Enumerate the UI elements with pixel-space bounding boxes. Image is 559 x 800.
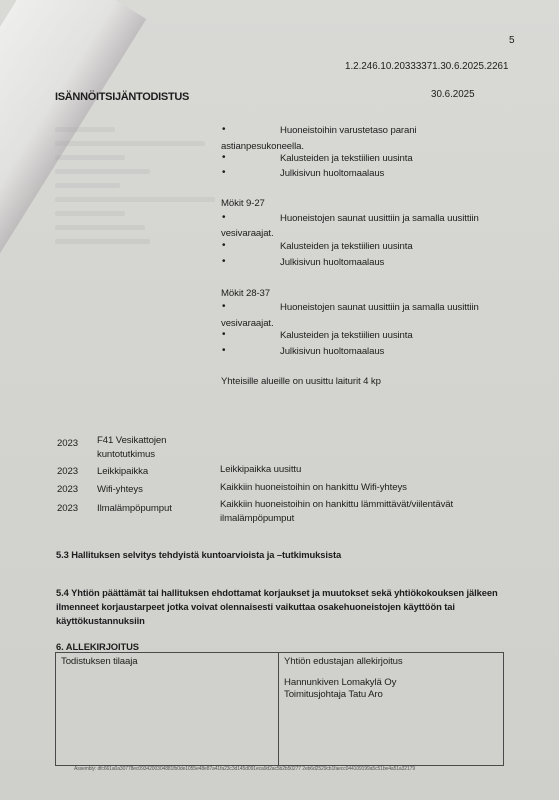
group-heading: Mökit 9-27 xyxy=(221,198,265,209)
orderer-label: Todistuksen tilaaja xyxy=(61,656,138,667)
common-areas-note: Yhteisille alueille on uusittu laiturit … xyxy=(221,376,381,387)
section-6-heading: 6. ALLEKIRJOITUS xyxy=(56,641,139,652)
row-item: Wifi-yhteys xyxy=(97,484,143,495)
bullet-icon: • xyxy=(222,256,226,267)
row-item: Leikkipaikka xyxy=(97,466,148,477)
page-number: 5 xyxy=(509,35,515,46)
bullet-continuation: vesivaraajat. xyxy=(221,228,274,239)
row-year: 2023 xyxy=(57,466,78,477)
bullet-text: Kalusteiden ja tekstiilien uusinta xyxy=(280,153,413,164)
bullet-text: Julkisivun huoltomaalaus xyxy=(280,346,384,357)
row-item: Ilmalämpöpumput xyxy=(97,503,172,514)
bleed-through-text xyxy=(55,118,215,238)
bullet-icon: • xyxy=(222,124,226,135)
row-description: Leikkipaikka uusittu xyxy=(220,464,301,475)
section-5-4-heading-line3: käyttökustannuksiin xyxy=(56,615,145,626)
paper-fold-shadow xyxy=(0,0,146,324)
bullet-icon: • xyxy=(222,152,226,163)
section-5-3-heading: 5.3 Hallituksen selvitys tehdyistä kunto… xyxy=(56,549,341,560)
document-hash: Assembly: dfc661a0a30778ec0934200304881f… xyxy=(74,766,415,772)
row-item: kuntotutkimus xyxy=(97,449,155,460)
company-name: Hannunkiven Lomakylä Oy xyxy=(284,677,396,688)
bullet-icon: • xyxy=(222,212,226,223)
representative-signature-label: Yhtiön edustajan allekirjoitus xyxy=(284,656,403,667)
row-description: Kaikkiin huoneistoihin on hankittu lämmi… xyxy=(220,499,453,510)
bullet-icon: • xyxy=(222,167,226,178)
bullet-icon: • xyxy=(222,345,226,356)
signer-name: Toimitusjohtaja Tatu Aro xyxy=(284,689,383,700)
bullet-text: Huoneistoihin varustetaso parani xyxy=(280,125,417,136)
document-id: 1.2.246.10.20333371.30.6.2025.2261 xyxy=(345,61,508,72)
section-5-4-heading-line2: ilmenneet korjaustarpeet jotka voivat ol… xyxy=(56,601,455,612)
bullet-text: Huoneistojen saunat uusittiin ja samalla… xyxy=(280,213,479,224)
row-item: F41 Vesikattojen xyxy=(97,435,166,446)
signature-divider xyxy=(278,653,279,765)
document-date: 30.6.2025 xyxy=(431,89,475,100)
group-heading: Mökit 28-37 xyxy=(221,288,270,299)
row-year: 2023 xyxy=(57,484,78,495)
row-description: Kaikkiin huoneistoihin on hankittu Wifi-… xyxy=(220,482,407,493)
bullet-continuation: astianpesukoneella. xyxy=(221,141,304,152)
row-year: 2023 xyxy=(57,438,78,449)
bullet-text: Julkisivun huoltomaalaus xyxy=(280,257,384,268)
bullet-icon: • xyxy=(222,329,226,340)
bullet-text: Kalusteiden ja tekstiilien uusinta xyxy=(280,330,413,341)
bullet-continuation: vesivaraajat. xyxy=(221,318,274,329)
bullet-text: Huoneistojen saunat uusittiin ja samalla… xyxy=(280,302,479,313)
bullet-icon: • xyxy=(222,240,226,251)
bullet-icon: • xyxy=(222,301,226,312)
section-5-4-heading: 5.4 Yhtiön päättämät tai hallituksen ehd… xyxy=(56,587,498,598)
bullet-text: Kalusteiden ja tekstiilien uusinta xyxy=(280,241,413,252)
bullet-text: Julkisivun huoltomaalaus xyxy=(280,168,384,179)
row-year: 2023 xyxy=(57,503,78,514)
signature-table: Todistuksen tilaaja Yhtiön edustajan all… xyxy=(55,652,504,766)
row-description: ilmalämpöpumput xyxy=(220,513,294,524)
document-title: ISÄNNÖITSIJÄNTODISTUS xyxy=(55,91,189,103)
